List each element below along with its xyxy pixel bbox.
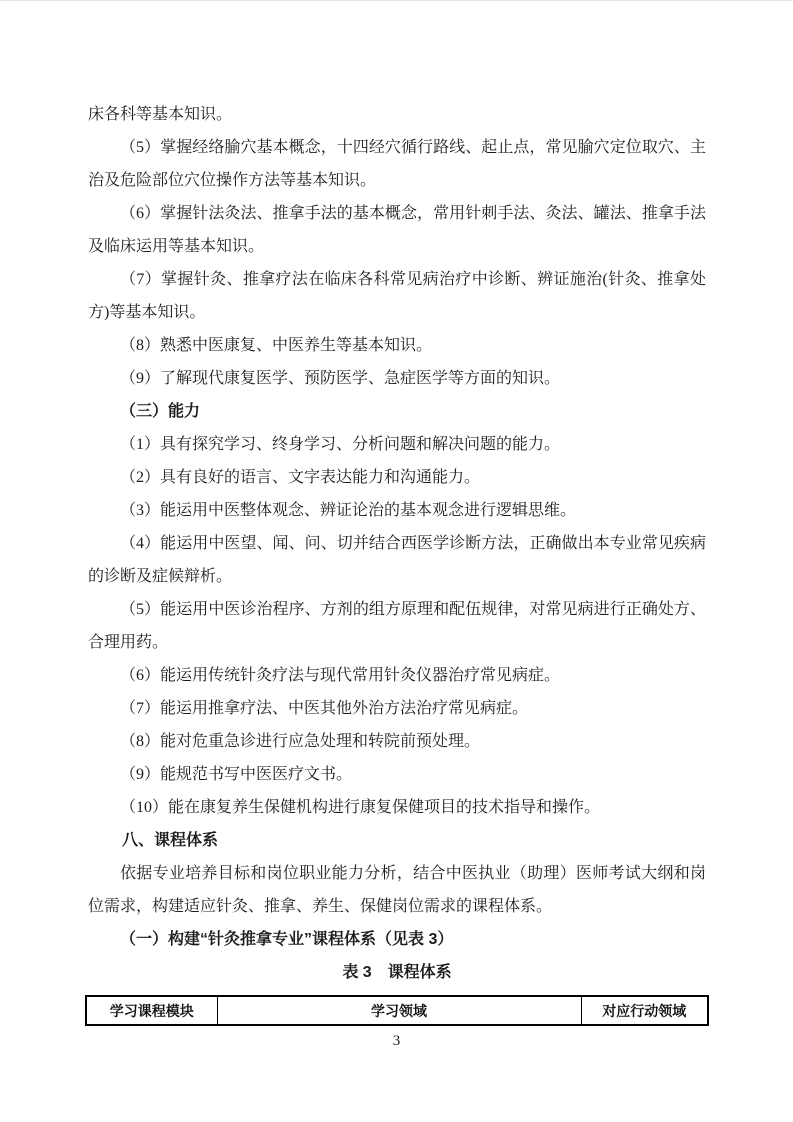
ability-item-7: （7）能运用推拿疗法、中医其他外治方法治疗常见病症。 xyxy=(88,692,706,725)
page-number: 3 xyxy=(0,1033,793,1050)
document-page: 床各科等基本知识。 （5）掌握经络腧穴基本概念，十四经穴循行路线、起止点，常见腧… xyxy=(0,0,793,1122)
ability-item-9: （9）能规范书写中医医疗文书。 xyxy=(88,758,706,791)
knowledge-item-8: （8）熟悉中医康复、中医养生等基本知识。 xyxy=(88,329,706,362)
curriculum-intro-paragraph: 依据专业培养目标和岗位职业能力分析，结合中医执业（助理）医师考试大纲和岗位需求，… xyxy=(88,857,706,923)
table-header-action-area: 对应行动领域 xyxy=(581,996,708,1025)
ability-section-heading: （三）能力 xyxy=(88,395,706,428)
knowledge-item-7: （7）掌握针灸、推拿疗法在临床各科常见病治疗中诊断、辨证施治(针灸、推拿处方)等… xyxy=(88,263,706,329)
knowledge-item-9: （9）了解现代康复医学、预防医学、急症医学等方面的知识。 xyxy=(88,362,706,395)
ability-item-1: （1）具有探究学习、终身学习、分析问题和解决问题的能力。 xyxy=(88,428,706,461)
table-header-module: 学习课程模块 xyxy=(86,996,217,1025)
table-header-learning-area: 学习领域 xyxy=(217,996,581,1025)
table-caption: 表 3 课程体系 xyxy=(88,956,706,989)
knowledge-item-6: （6）掌握针法灸法、推拿手法的基本概念，常用针刺手法、灸法、罐法、推拿手法及临床… xyxy=(88,197,706,263)
continuation-paragraph: 床各科等基本知识。 xyxy=(88,98,706,131)
ability-item-10: （10）能在康复养生保健机构进行康复保健项目的技术指导和操作。 xyxy=(88,791,706,824)
document-content: 床各科等基本知识。 （5）掌握经络腧穴基本概念，十四经穴循行路线、起止点，常见腧… xyxy=(88,98,706,1026)
knowledge-item-5: （5）掌握经络腧穴基本概念，十四经穴循行路线、起止点，常见腧穴定位取穴、主治及危… xyxy=(88,131,706,197)
table-header-row: 学习课程模块 学习领域 对应行动领域 xyxy=(86,996,708,1025)
curriculum-subheading: （一）构建“针灸推拿专业”课程体系（见表 3） xyxy=(88,923,706,956)
ability-item-5: （5）能运用中医诊治程序、方剂的组方原理和配伍规律，对常见病进行正确处方、合理用… xyxy=(88,593,706,659)
ability-item-6: （6）能运用传统针灸疗法与现代常用针灸仪器治疗常见病症。 xyxy=(88,659,706,692)
ability-item-2: （2）具有良好的语言、文字表达能力和沟通能力。 xyxy=(88,461,706,494)
curriculum-section-heading: 八、课程体系 xyxy=(88,824,706,857)
ability-item-3: （3）能运用中医整体观念、辨证论治的基本观念进行逻辑思维。 xyxy=(88,494,706,527)
ability-item-4: （4）能运用中医望、闻、问、切并结合西医学诊断方法，正确做出本专业常见疾病的诊断… xyxy=(88,527,706,593)
page-top-edge xyxy=(0,0,793,1)
curriculum-table: 学习课程模块 学习领域 对应行动领域 xyxy=(85,995,709,1026)
ability-item-8: （8）能对危重急诊进行应急处理和转院前预处理。 xyxy=(88,725,706,758)
